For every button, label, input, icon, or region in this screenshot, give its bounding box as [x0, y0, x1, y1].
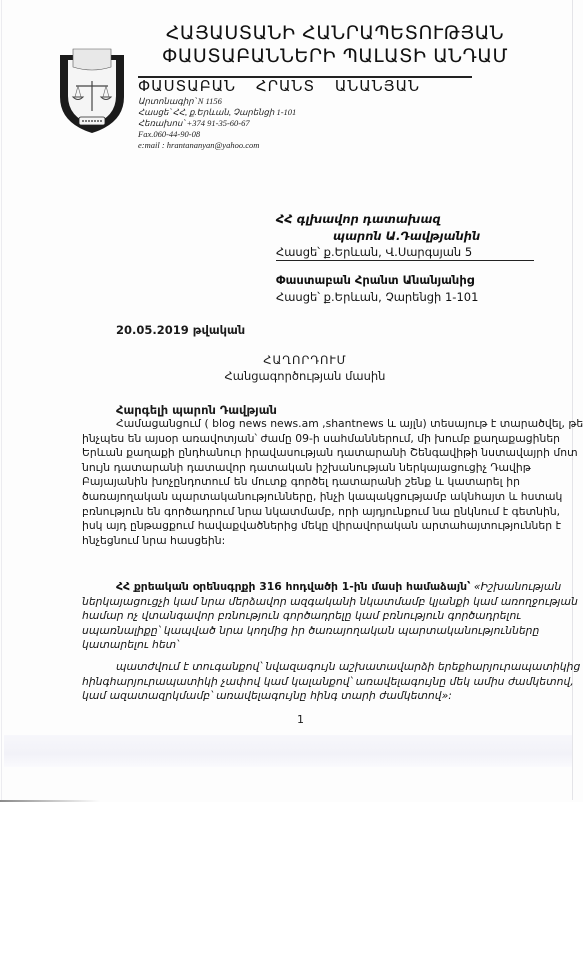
lawyer-address: Հասցե՝ ՀՀ, ք.Երևան, Չարենցի 1-101	[138, 107, 296, 118]
letterhead-title-line1: ՀԱՅԱՍՏԱՆԻ ՀԱՆՐԱՊԵՏՈՒԹՅԱՆ	[130, 22, 540, 44]
bar-association-emblem-icon	[57, 47, 127, 135]
paragraph-line: կամ ազատազրկմամբ՝ առավելագույնը հինգ տար…	[82, 689, 520, 704]
paragraph-line: համար ոչ վտանգավոր բռնություն գործադրելը…	[82, 609, 520, 624]
lawyer-fax: Fax.060-44-90-08	[138, 129, 200, 140]
sender-address: Հասցե՝ ք.Երևան, Չարենցի 1-101	[276, 290, 478, 304]
recipient-title: ՀՀ գլխավոր դատախազ	[276, 212, 441, 226]
paragraph-line: բռնություն են գործադրում նրա նկատմամբ, ո…	[82, 505, 520, 520]
paragraph-line: ՀՀ քրեական օրենսգրքի 316 հոդվածի 1-ին մա…	[82, 580, 520, 595]
paragraph-line: Համացանցում ( blog news news.am ,shantne…	[82, 417, 520, 432]
salutation: Հարգելի պարոն Դավթյան	[116, 403, 277, 417]
page-edge	[1, 0, 2, 800]
lawyer-last-name: ԱՆԱՆՅԱՆ	[335, 77, 420, 95]
paragraph-line: սպառնալիքը՝ կապված նրա կողմից իր ծառայող…	[82, 624, 520, 639]
scan-shadow	[4, 735, 572, 767]
paragraph-line: պատժվում է տուգանքով՝ նվազագույն աշխատավ…	[82, 660, 520, 675]
license-number: Արտոնագիր՝ N 1156	[138, 96, 222, 107]
sender-name: Փաստաբան Հրանտ Անանյանից	[276, 273, 474, 287]
page-number: 1	[297, 713, 304, 726]
paragraph-line: ինչպես են այսօր առավոտյան՝ ժամը 09-ի սահ…	[82, 432, 520, 447]
paragraph-line: նույն դատարանի դատավոր դատական իշխանությ…	[82, 461, 520, 476]
letterhead-lawyer-name: ՓԱՍՏԱԲԱՆ ՀՐԱՆՏ ԱՆԱՆՅԱՆ	[138, 77, 434, 95]
body-paragraph-2: ՀՀ քրեական օրենսգրքի 316 հոդվածի 1-ին մա…	[82, 580, 520, 653]
lawyer-first-name: ՀՐԱՆՏ	[256, 77, 315, 95]
lawyer-title: ՓԱՍՏԱԲԱՆ	[138, 77, 236, 95]
paragraph-line: Բայայանին խոչընդոտում են մուտք գործել դա…	[82, 475, 520, 490]
address-divider	[276, 260, 534, 261]
body-paragraph-1: Համացանցում ( blog news news.am ,shantne…	[82, 417, 520, 548]
document-page: ՀԱՅԱՍՏԱՆԻ ՀԱՆՐԱՊԵՏՈՒԹՅԱՆ ՓԱՍՏԱԲԱՆՆԵՐԻ ՊԱ…	[0, 0, 583, 802]
document-title: ՀԱՂՈՐԴՈՒՄ	[160, 353, 450, 367]
lawyer-phone: Հեռախոս՝ +374 91-35-60-67	[138, 118, 250, 129]
recipient-name: պարոն Ա.Դավթյանին	[333, 229, 480, 243]
paragraph-line: կատարելու հետ՝	[82, 638, 520, 653]
legal-quote-start: «Իշխանության	[474, 580, 561, 593]
paragraph-line: իսկ այդ ընթացքում հավաքվածներից մեկը վիր…	[82, 519, 520, 534]
document-date: 20.05.2019 թվական	[116, 323, 245, 337]
paragraph-line: ներկայացուցչի կամ նրա մերձավոր ազգականի …	[82, 595, 520, 610]
paragraph-line: հնչեցնում նրա հասցեին:	[82, 534, 520, 549]
page-bottom-edge	[0, 800, 100, 802]
document-subtitle: Հանցագործության մասին	[160, 369, 450, 383]
recipient-address: Հասցե՝ ք.Երևան, Վ.Սարգսյան 5	[276, 245, 472, 259]
paragraph-line: հինգհարյուրապատիկի չափով կամ կալանքով՝ ա…	[82, 675, 520, 690]
legal-reference: ՀՀ քրեական օրենսգրքի 316 հոդվածի 1-ին մա…	[116, 580, 470, 593]
body-paragraph-3: պատժվում է տուգանքով՝ նվազագույն աշխատավ…	[82, 660, 520, 704]
paragraph-line: ծառայողական պարտականությունները, ինչի կա…	[82, 490, 520, 505]
lawyer-email: e:mail : hrantananyan@yahoo.com	[138, 140, 259, 151]
paragraph-line: Երևան քաղաքի ընդհանուր իրավասության դատա…	[82, 446, 520, 461]
letterhead-title-line2: ՓԱՍՏԱԲԱՆՆԵՐԻ ՊԱԼԱՏԻ ԱՆԴԱՄ	[130, 45, 540, 67]
